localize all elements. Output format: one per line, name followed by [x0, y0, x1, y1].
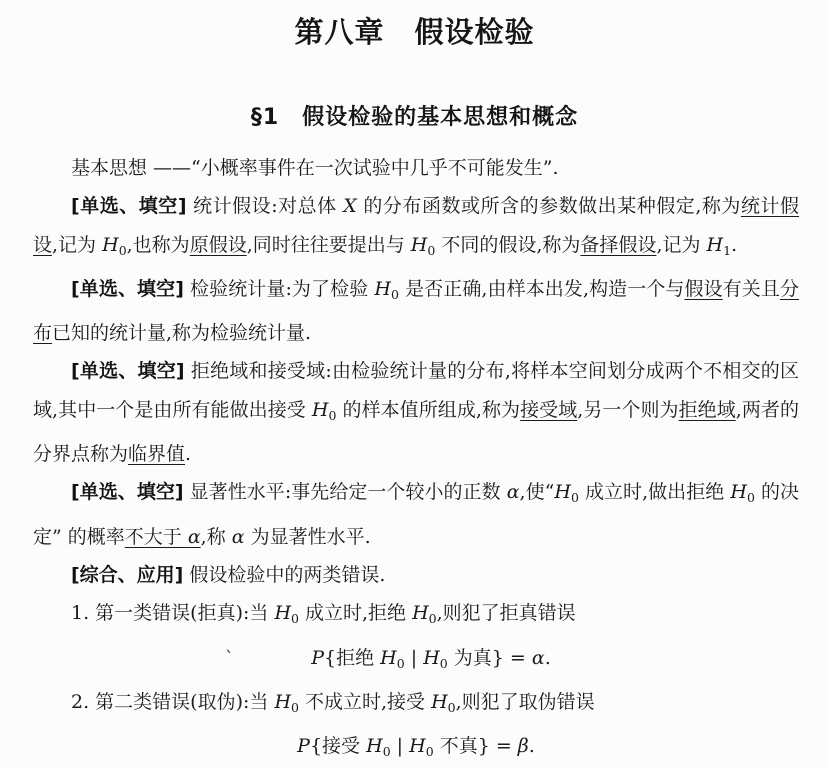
- text-run: 拒绝域: [679, 399, 736, 421]
- text-run: H: [431, 691, 448, 713]
- text-run: 0: [429, 611, 437, 626]
- text-run: 2. 第二类错误(取伪):当: [71, 691, 274, 713]
- text-run: H: [423, 647, 440, 669]
- text-run: H: [274, 691, 291, 713]
- text-run: H: [409, 735, 426, 757]
- text-run: H: [707, 234, 724, 256]
- text-run: α: [532, 647, 545, 669]
- text-run: ,也称为: [127, 234, 190, 256]
- text-run: ,使“: [520, 481, 555, 503]
- text-run: H: [730, 481, 747, 503]
- text-run: P: [311, 647, 324, 669]
- text-run: [单选、填空]: [71, 278, 184, 300]
- text-run: [单选、填空]: [71, 195, 187, 217]
- stray-mark: `: [225, 640, 234, 678]
- text-run: P: [297, 735, 310, 757]
- text-run: {接受: [310, 735, 366, 757]
- text-run: 0: [291, 611, 299, 626]
- text-run: H: [102, 234, 119, 256]
- paragraph: 基本思想 ——“小概率事件在一次试验中几乎不可能发生”.: [33, 149, 799, 187]
- text-run: β: [518, 735, 529, 757]
- text-run: 不真} =: [434, 735, 518, 757]
- text-run: X: [343, 195, 357, 217]
- text-run: [单选、填空]: [71, 481, 184, 503]
- text-run: [单选、填空]: [71, 360, 185, 382]
- text-run: ,同时往往要提出与: [247, 234, 411, 256]
- text-run: 临界值: [128, 443, 185, 465]
- text-run: 0: [397, 656, 405, 671]
- text-run: 0: [391, 287, 399, 302]
- text-run: 统计假设:对总体: [187, 195, 344, 217]
- paragraph: [综合、应用] 假设检验中的两类错误.: [33, 556, 799, 594]
- text-run: 显著性水平:事先给定一个较小的正数: [184, 481, 507, 503]
- text-run: 有关且: [723, 278, 780, 300]
- text-run: .: [185, 443, 191, 465]
- textbook-page: 第八章 假设检验 §1 假设检验的基本思想和概念 基本思想 ——“小概率事件在一…: [0, 0, 829, 767]
- text-run: 成立时,做出拒绝: [579, 481, 730, 503]
- page-body: 基本思想 ——“小概率事件在一次试验中几乎不可能发生”.[单选、填空] 统计假设…: [0, 149, 829, 767]
- text-run: ,另一个则为: [577, 399, 678, 421]
- text-run: H: [274, 602, 291, 624]
- text-run: [综合、应用]: [71, 564, 183, 586]
- paragraph: [单选、填空] 显著性水平:事先给定一个较小的正数 α,使“H0 成立时,做出拒…: [33, 473, 799, 556]
- text-run: α: [188, 526, 201, 548]
- text-run: 0: [291, 700, 299, 715]
- section-heading: §1 假设检验的基本思想和概念: [0, 104, 829, 132]
- text-run: ,称: [201, 526, 232, 548]
- text-run: 基本思想 ——“小概率事件在一次试验中几乎不可能发生”.: [71, 157, 559, 179]
- text-run: 0: [440, 656, 448, 671]
- text-run: ,则犯了拒真错误: [437, 602, 576, 624]
- text-run: 假设: [685, 278, 723, 300]
- text-run: ,则犯了取伪错误: [456, 691, 595, 713]
- text-run: .: [529, 735, 535, 757]
- text-run: H: [312, 399, 329, 421]
- paragraph: [单选、填空] 检验统计量:为了检验 H0 是否正确,由样本出发,构造一个与假设…: [33, 270, 799, 353]
- text-run: 的分布函数或所含的参数做出某种假定,称为: [357, 195, 741, 217]
- text-run: 备择假设: [580, 234, 656, 256]
- text-run: H: [554, 481, 571, 503]
- text-run: 为显著性水平.: [245, 526, 371, 548]
- text-run: 不同的假设,称为: [435, 234, 580, 256]
- text-run: ,记为: [52, 234, 102, 256]
- text-run: .: [731, 234, 737, 256]
- paragraph: [单选、填空] 统计假设:对总体 X 的分布函数或所含的参数做出某种假定,称为统…: [33, 187, 799, 270]
- text-run: 假设检验中的两类错误.: [183, 564, 385, 586]
- text-run: 接受域: [520, 399, 577, 421]
- text-run: ,记为: [656, 234, 706, 256]
- formula-line: P{接受 H0 | H0 不真} = β.: [33, 727, 799, 767]
- paragraph: 2. 第二类错误(取伪):当 H0 不成立时,接受 H0,则犯了取伪错误: [33, 683, 799, 727]
- text-run: α: [232, 526, 245, 548]
- text-run: |: [405, 647, 423, 669]
- text-run: H: [374, 278, 391, 300]
- text-run: H: [380, 647, 397, 669]
- formula-line: `P{拒绝 H0 | H0 为真} = α.: [33, 639, 799, 683]
- text-run: 0: [747, 490, 755, 505]
- paragraph: 1. 第一类错误(拒真):当 H0 成立时,拒绝 H0,则犯了拒真错误: [33, 594, 799, 638]
- text-run: H: [411, 234, 428, 256]
- text-run: H: [412, 602, 429, 624]
- text-run: {拒绝: [324, 647, 380, 669]
- text-run: 不成立时,接受: [299, 691, 431, 713]
- text-run: |: [391, 735, 409, 757]
- text-run: 0: [448, 700, 456, 715]
- text-run: 已知的统计量,称为检验统计量.: [52, 322, 311, 344]
- text-run: 的样本值所组成,称为: [336, 399, 520, 421]
- text-run: α: [507, 481, 520, 503]
- text-run: 1: [723, 243, 731, 258]
- text-run: 不大于: [125, 526, 188, 548]
- text-run: 0: [571, 490, 579, 505]
- text-run: 原假设: [190, 234, 247, 256]
- paragraph: [单选、填空] 拒绝域和接受域:由检验统计量的分布,将样本空间划分成两个不相交的…: [33, 352, 799, 473]
- text-run: 0: [426, 744, 434, 759]
- text-run: 0: [383, 744, 391, 759]
- text-run: 检验统计量:为了检验: [184, 278, 375, 300]
- text-run: H: [366, 735, 383, 757]
- text-run: 是否正确,由样本出发,构造一个与: [399, 278, 685, 300]
- text-run: 为真} =: [448, 647, 532, 669]
- text-run: 1. 第一类错误(拒真):当: [71, 602, 274, 624]
- chapter-title: 第八章 假设检验: [0, 0, 829, 50]
- text-run: .: [545, 647, 551, 669]
- text-run: 0: [119, 243, 127, 258]
- text-run: 成立时,拒绝: [299, 602, 412, 624]
